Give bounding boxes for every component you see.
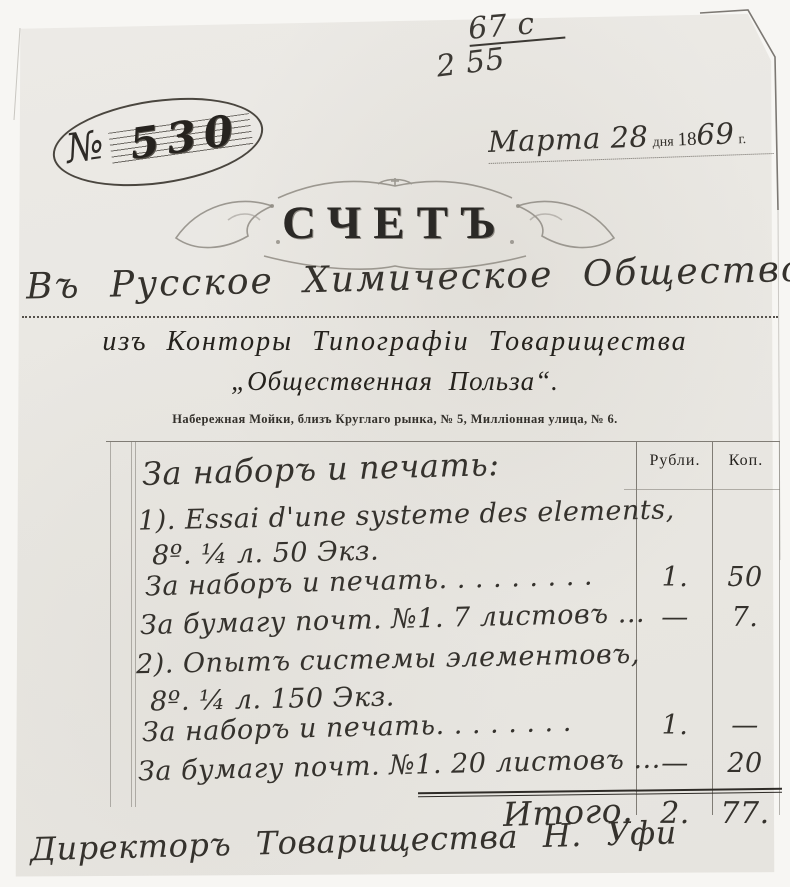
table-left-margin-line: [110, 441, 111, 807]
date-dnya-printed: дня: [652, 135, 674, 151]
date-month-day: Марта 28: [487, 119, 649, 159]
from-line: изъ Конторы Типографіи Товарищества: [0, 326, 790, 358]
numero-sign: №: [63, 122, 107, 173]
address-line: Набережная Мойки, близъ Круглаго рынка, …: [0, 412, 790, 427]
scanned-invoice-document: 67 с 2 55 № 530 Марта 28 дня 1869 г.: [0, 0, 790, 887]
table-top-border: [106, 441, 780, 442]
table-left-double-line-b: [135, 441, 136, 807]
date-year-handwritten: 69: [696, 116, 735, 151]
amount-kop-typeset-1: 50: [714, 562, 776, 593]
date-g-printed: г.: [738, 132, 746, 147]
amount-kop-typeset-2: —: [714, 710, 776, 741]
amount-rub-paper-2: —: [640, 748, 710, 779]
company-name: „Общественная Польза“.: [0, 366, 790, 397]
total-kop: 77.: [714, 796, 776, 831]
amount-rub-typeset-2: 1.: [640, 710, 710, 741]
amount-rub-paper-1: —: [640, 602, 710, 633]
table-right-border: [779, 441, 780, 815]
recipient-dotted-underline: [22, 316, 778, 318]
column-header-rubles: Рубли.: [638, 452, 712, 470]
column-header-kopecks: Коп.: [714, 452, 778, 470]
amount-kop-paper-1: 7.: [714, 602, 776, 633]
amount-kop-paper-2: 20: [714, 748, 776, 779]
table-kopecks-column-line: [712, 441, 713, 815]
invoice-title: СЧЕТЪ: [175, 196, 615, 250]
date-century-printed: 18: [677, 129, 697, 151]
amount-rub-typeset-1: 1.: [640, 562, 710, 593]
table-header-underline: [624, 489, 780, 490]
table-left-double-line-a: [131, 441, 132, 807]
